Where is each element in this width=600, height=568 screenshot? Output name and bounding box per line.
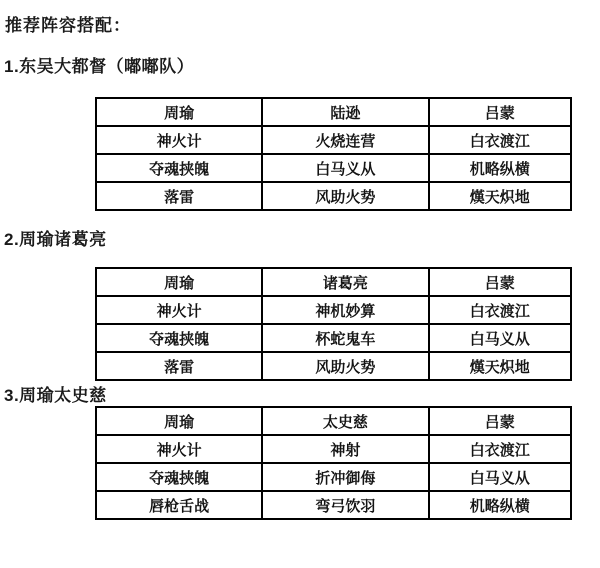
table-cell: 熯天炽地 bbox=[429, 352, 572, 380]
table-cell: 白衣渡江 bbox=[429, 126, 572, 154]
table-cell: 杯蛇鬼车 bbox=[262, 324, 428, 352]
table-row: 神火计神射白衣渡江 bbox=[96, 435, 571, 463]
table-row: 周瑜太史慈吕蒙 bbox=[96, 407, 571, 435]
page-title: 推荐阵容搭配： bbox=[0, 0, 600, 36]
table-cell: 落雷 bbox=[96, 352, 262, 380]
table-cell: 机略纵横 bbox=[429, 491, 572, 519]
table-row: 夺魂挟魄白马义从机略纵横 bbox=[96, 154, 571, 182]
table-cell: 白衣渡江 bbox=[429, 435, 572, 463]
table-cell: 白马义从 bbox=[262, 154, 428, 182]
table-cell: 吕蒙 bbox=[429, 268, 572, 296]
table-cell: 夺魂挟魄 bbox=[96, 463, 262, 491]
table-cell: 太史慈 bbox=[262, 407, 428, 435]
table-cell: 唇枪舌战 bbox=[96, 491, 262, 519]
table-cell: 折冲御侮 bbox=[262, 463, 428, 491]
section-zhouyu-zhugeliang: 2.周瑜诸葛亮 周瑜诸葛亮吕蒙神火计神机妙算白衣渡江夺魂挟魄杯蛇鬼车白马义从落雷… bbox=[0, 225, 600, 381]
lineup-table-1: 周瑜陆逊吕蒙神火计火烧连营白衣渡江夺魂挟魄白马义从机略纵横落雷风助火势熯天炽地 bbox=[95, 97, 572, 211]
table-row: 唇枪舌战弯弓饮羽机略纵横 bbox=[96, 491, 571, 519]
table-cell: 弯弓饮羽 bbox=[262, 491, 428, 519]
table-cell: 火烧连营 bbox=[262, 126, 428, 154]
section-heading-3: 3.周瑜太史慈 bbox=[4, 381, 600, 406]
table-cell: 神火计 bbox=[96, 435, 262, 463]
section-zhouyu-taishici: 3.周瑜太史慈 周瑜太史慈吕蒙神火计神射白衣渡江夺魂挟魄折冲御侮白马义从唇枪舌战… bbox=[0, 381, 600, 520]
table-cell: 夺魂挟魄 bbox=[96, 154, 262, 182]
table-cell: 白衣渡江 bbox=[429, 296, 572, 324]
section-heading-2: 2.周瑜诸葛亮 bbox=[4, 225, 600, 250]
table-row: 周瑜陆逊吕蒙 bbox=[96, 98, 571, 126]
section-heading-1: 1.东吴大都督（嘟嘟队） bbox=[4, 52, 600, 77]
table-row: 神火计神机妙算白衣渡江 bbox=[96, 296, 571, 324]
table-cell: 白马义从 bbox=[429, 324, 572, 352]
table-row: 夺魂挟魄杯蛇鬼车白马义从 bbox=[96, 324, 571, 352]
table-cell: 熯天炽地 bbox=[429, 182, 572, 210]
table-cell: 周瑜 bbox=[96, 268, 262, 296]
table-cell: 神机妙算 bbox=[262, 296, 428, 324]
table-row: 周瑜诸葛亮吕蒙 bbox=[96, 268, 571, 296]
table-cell: 风助火势 bbox=[262, 182, 428, 210]
table-cell: 吕蒙 bbox=[429, 98, 572, 126]
lineup-table-3: 周瑜太史慈吕蒙神火计神射白衣渡江夺魂挟魄折冲御侮白马义从唇枪舌战弯弓饮羽机略纵横 bbox=[95, 406, 572, 520]
table-cell: 神射 bbox=[262, 435, 428, 463]
table-row: 落雷风助火势熯天炽地 bbox=[96, 182, 571, 210]
lineup-table-2: 周瑜诸葛亮吕蒙神火计神机妙算白衣渡江夺魂挟魄杯蛇鬼车白马义从落雷风助火势熯天炽地 bbox=[95, 267, 572, 381]
table-row: 神火计火烧连营白衣渡江 bbox=[96, 126, 571, 154]
table-cell: 神火计 bbox=[96, 126, 262, 154]
table-cell: 诸葛亮 bbox=[262, 268, 428, 296]
guide-document: 推荐阵容搭配： 1.东吴大都督（嘟嘟队） 周瑜陆逊吕蒙神火计火烧连营白衣渡江夺魂… bbox=[0, 0, 600, 568]
table-cell: 吕蒙 bbox=[429, 407, 572, 435]
table-cell: 白马义从 bbox=[429, 463, 572, 491]
table-cell: 风助火势 bbox=[262, 352, 428, 380]
table-cell: 周瑜 bbox=[96, 98, 262, 126]
table-cell: 陆逊 bbox=[262, 98, 428, 126]
table-cell: 周瑜 bbox=[96, 407, 262, 435]
table-cell: 机略纵横 bbox=[429, 154, 572, 182]
table-row: 落雷风助火势熯天炽地 bbox=[96, 352, 571, 380]
table-cell: 神火计 bbox=[96, 296, 262, 324]
table-cell: 夺魂挟魄 bbox=[96, 324, 262, 352]
table-cell: 落雷 bbox=[96, 182, 262, 210]
table-row: 夺魂挟魄折冲御侮白马义从 bbox=[96, 463, 571, 491]
section-dongwu-dadudu: 1.东吴大都督（嘟嘟队） 周瑜陆逊吕蒙神火计火烧连营白衣渡江夺魂挟魄白马义从机略… bbox=[0, 52, 600, 211]
